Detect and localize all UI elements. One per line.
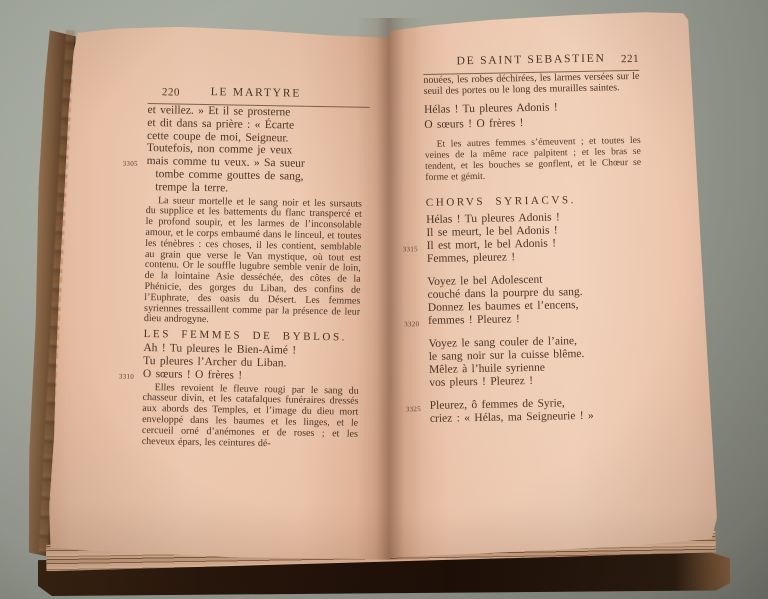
verse-text: Il est mort, le bel Adonis !	[427, 237, 557, 251]
verse-text: Femmes, pleurez !	[427, 251, 515, 265]
prose-block: Et les autres femmes s’émeuvent ; et tou…	[425, 135, 642, 183]
line-number: 3305	[123, 158, 138, 171]
verse-text: Voyez le bel Adolescent	[427, 274, 542, 288]
verse-line: Femmes, pleurez !	[427, 249, 643, 266]
right-running-title: DE SAINT SEBASTIEN	[456, 52, 605, 67]
right-page-content: DE SAINT SEBASTIEN 221 nouées, les robes…	[423, 52, 646, 426]
left-page: 220 LE MARTYRE et veillez. » Et il se pr…	[40, 22, 390, 567]
verse-block: Voyez le bel Adolescentcouché dans la po…	[427, 272, 644, 328]
verse-line: criez : « Hélas, ma Seigneurie ! »	[430, 409, 646, 426]
verse-block: et veillez. » Et il se prosterneet dit d…	[146, 104, 364, 197]
verse-block: Hélas ! Tu pleures Adonis !O sœurs ! O f…	[424, 99, 641, 133]
right-page: DE SAINT SEBASTIEN 221 nouées, les robes…	[390, 10, 725, 562]
line-number: 3310	[119, 370, 134, 383]
verse-text: femmes ! Pleurez !	[428, 313, 520, 327]
left-page-content: 220 LE MARTYRE et veillez. » Et il se pr…	[142, 85, 364, 451]
left-text-blocks: et veillez. » Et il se prosterneet dit d…	[142, 104, 364, 451]
line-number: 3315	[403, 243, 418, 256]
verse-line: 3320femmes ! Pleurez !	[428, 311, 644, 328]
verse-block: 3325Pleurez, ô femmes de Syrie,criez : «…	[430, 396, 646, 426]
verse-text: Il se meurt, le bel Adonis !	[426, 224, 558, 239]
line-number: 3325	[406, 403, 421, 416]
verse-text: trempe la terre.	[155, 181, 228, 194]
left-page-number: 220	[162, 86, 180, 98]
right-page-number: 221	[621, 53, 639, 65]
verse-block: Voyez le sang couler de l’aine,le sang n…	[428, 334, 645, 390]
verse-line: O sœurs ! O frères !	[424, 114, 640, 133]
prose-block: nouées, les robes déchirées, les larmes …	[423, 71, 639, 97]
verse-text: O sœurs ! O frères !	[424, 117, 523, 131]
line-number: 3320	[404, 318, 419, 331]
book-photo: 220 LE MARTYRE et veillez. » Et il se pr…	[0, 0, 768, 599]
section-heading: LES FEMMES DE BYBLOS.	[144, 328, 360, 344]
verse-text: Hélas ! Tu pleures Adonis !	[424, 101, 558, 116]
verse-line: vos pleurs ! Pleurez !	[429, 373, 645, 390]
section-heading: CHORVS SYRIACVS.	[426, 193, 642, 209]
prose-block: Elles revoient le fleuve rougi par le sa…	[142, 382, 359, 451]
left-page-header: 220 LE MARTYRE	[148, 85, 364, 103]
verse-text: O sœurs ! O frères !	[143, 368, 242, 382]
verse-text: criez : « Hélas, ma Seigneurie ! »	[430, 410, 594, 425]
prose-block: La sueur mortelle et le sang noir et les…	[144, 196, 362, 329]
verse-text: Mêlez à l’huile syrienne	[429, 362, 545, 376]
verse-block: Hélas ! Tu pleures Adonis !Il se meurt, …	[426, 210, 643, 266]
verse-text: vos pleurs ! Pleurez !	[429, 375, 533, 389]
right-page-header: DE SAINT SEBASTIEN 221	[423, 52, 639, 70]
verse-block: Ah ! Tu pleures le Bien-Aimé !Tu pleures…	[143, 342, 360, 384]
left-running-title: LE MARTYRE	[211, 86, 302, 100]
right-text-blocks: nouées, les robes déchirées, les larmes …	[423, 71, 646, 426]
